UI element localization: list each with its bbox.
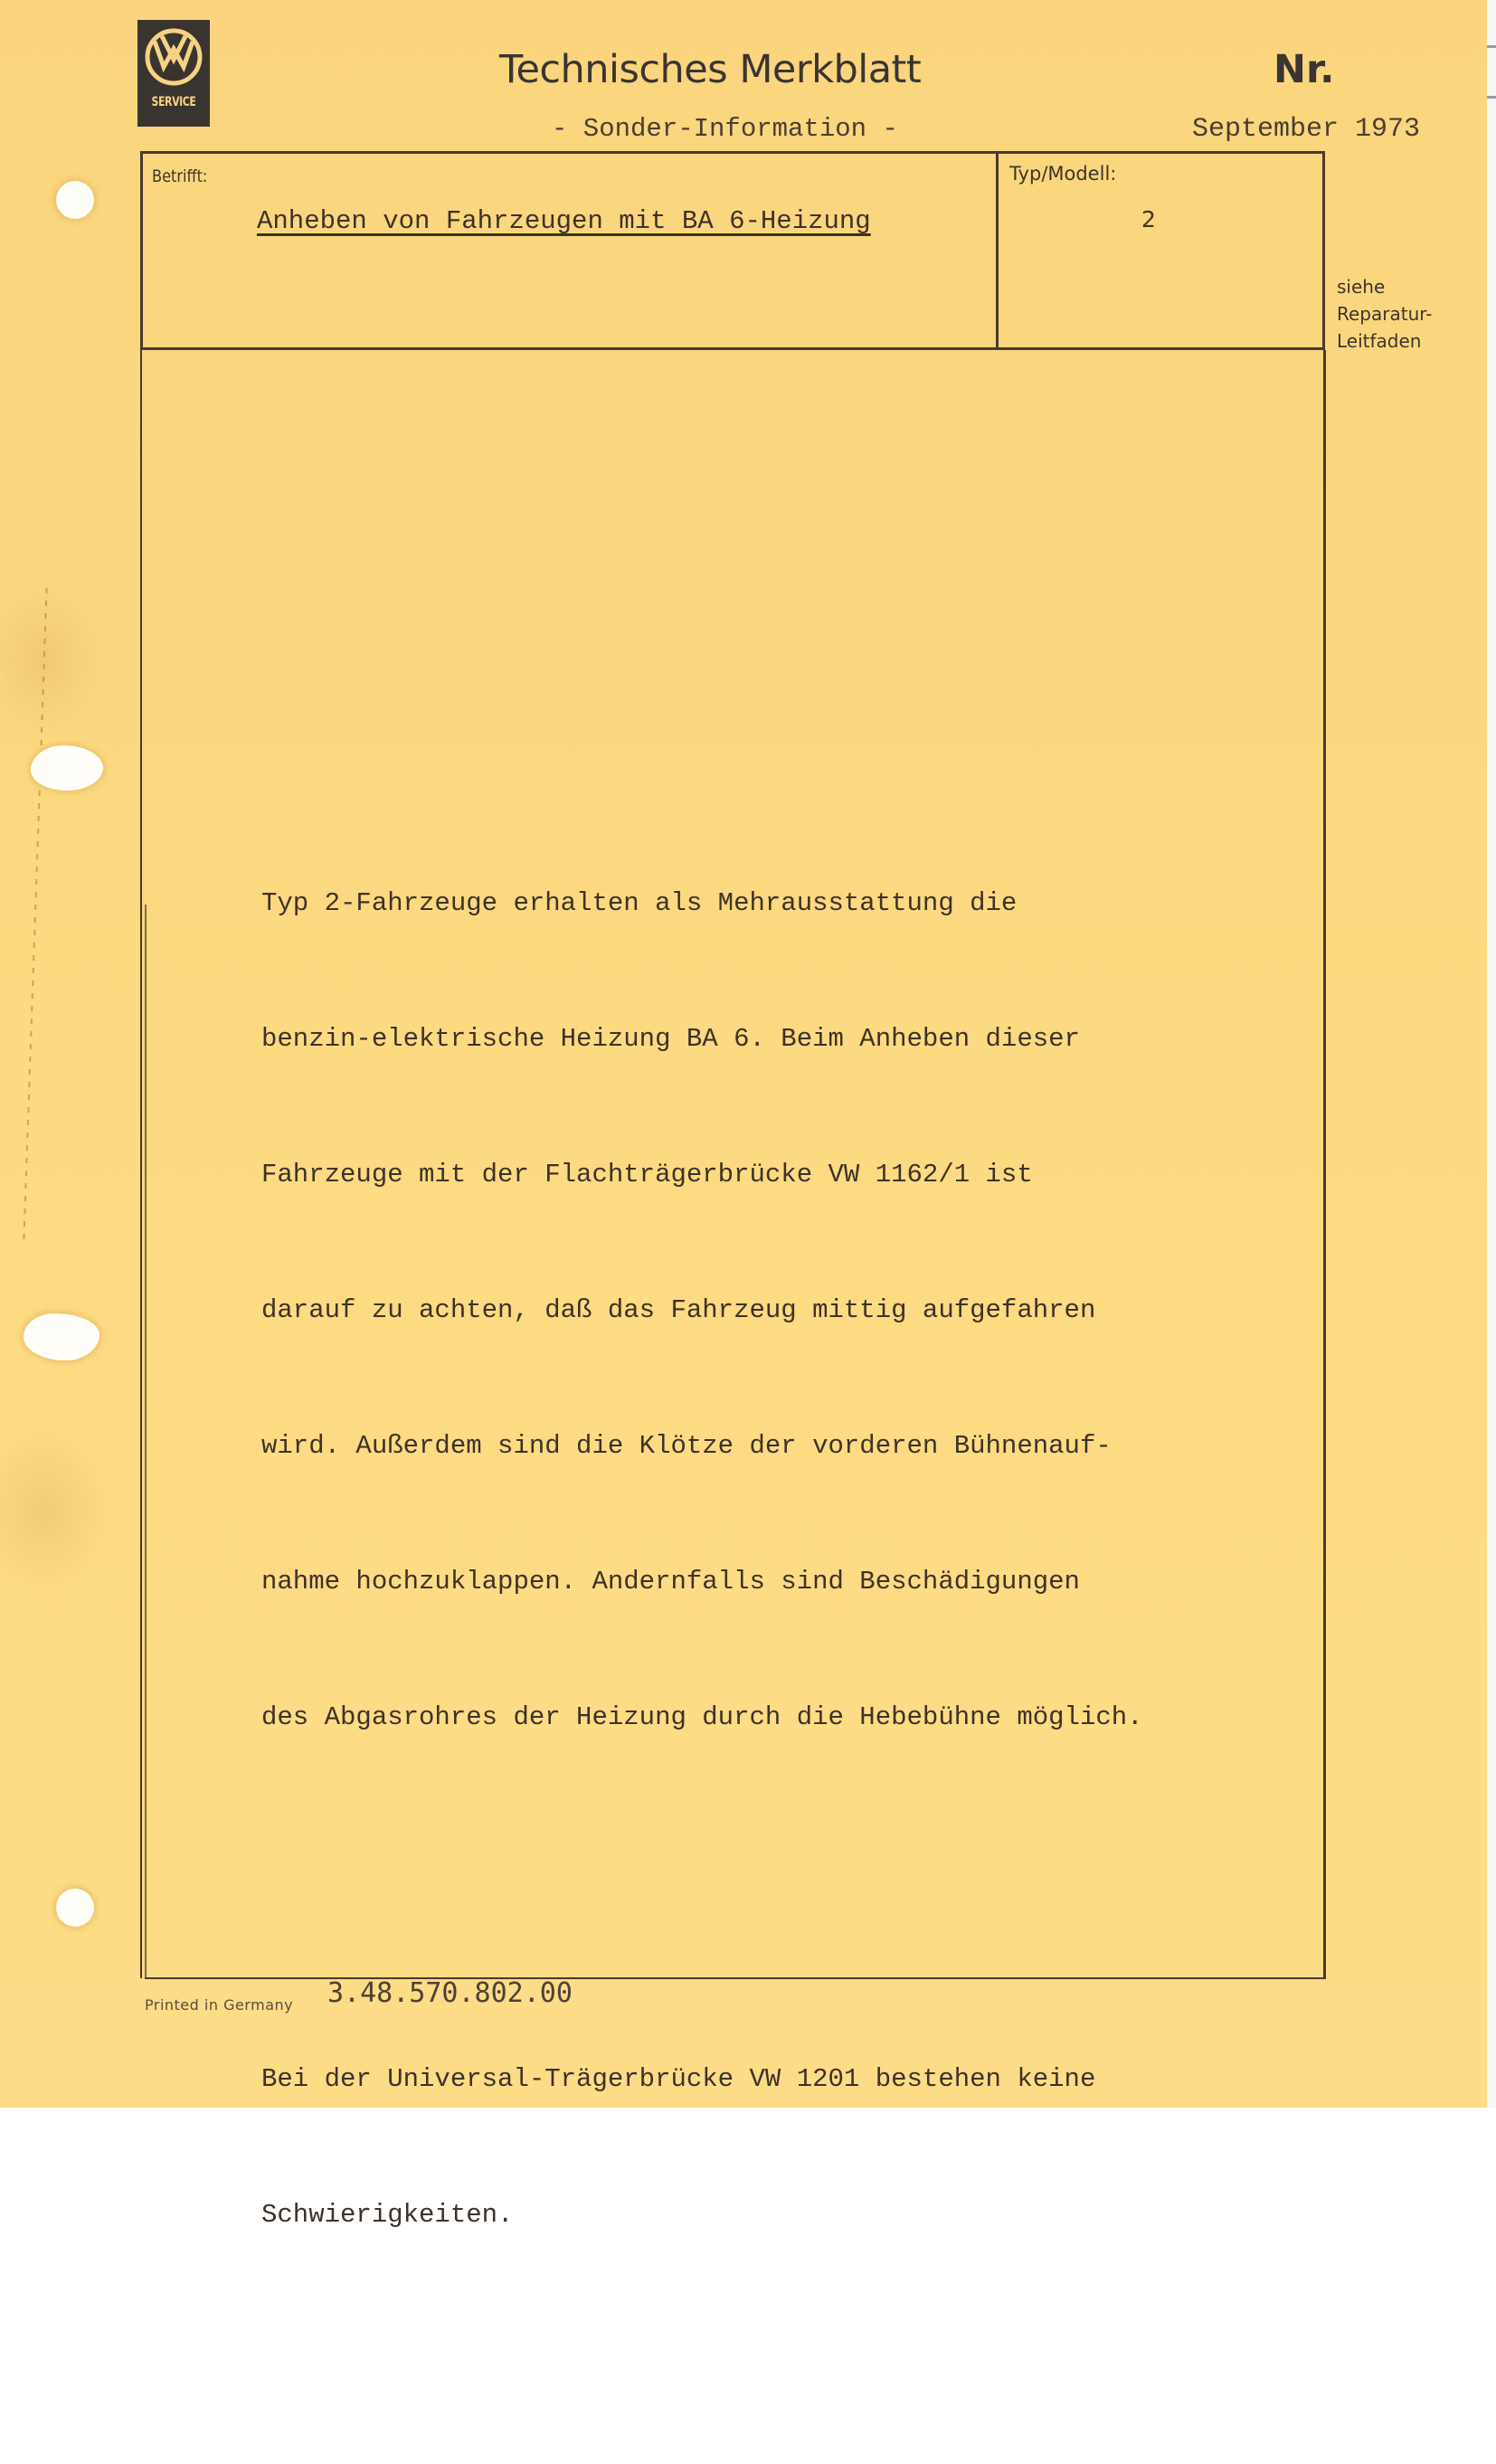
punch-hole-torn-lower <box>24 1313 99 1360</box>
paper-stain <box>0 579 109 742</box>
document-date: September 1973 <box>1192 114 1420 145</box>
punch-hole-top <box>56 181 94 219</box>
punch-hole-torn-upper <box>31 745 103 791</box>
betrifft-label: Betrifft: <box>152 166 207 186</box>
text-line: nahme hochzuklappen. Andernfalls sind Be… <box>261 1559 1302 1605</box>
punch-hole-bottom <box>56 1889 94 1927</box>
text-line: Fahrzeuge mit der Flachträgerbrücke VW 1… <box>261 1152 1302 1198</box>
scan-edge-bottom <box>0 2108 1496 2116</box>
side-note: siehe Reparatur- Leitfaden <box>1337 273 1432 355</box>
side-note-line: Reparatur- <box>1337 300 1432 327</box>
document-page: SERVICE Technisches Merkblatt Nr. - Sond… <box>0 0 1487 2108</box>
paper-stain <box>0 1429 109 1592</box>
body-border-left <box>140 350 142 1978</box>
text-line: Typ 2-Fahrzeuge erhalten als Mehrausstat… <box>261 881 1302 926</box>
text-line: benzin-elektrische Heizung BA 6. Beim An… <box>261 1017 1302 1062</box>
scan-edge <box>1487 0 1496 2116</box>
part-number: 3.48.570.802.00 <box>327 1977 573 2009</box>
vw-logo-icon <box>144 27 204 87</box>
body-border-right <box>1323 350 1326 1978</box>
text-line: darauf zu achten, daß das Fahrzeug mitti… <box>261 1288 1302 1333</box>
typ-modell-label: Typ/Modell: <box>1009 163 1116 185</box>
scan-mark <box>1487 96 1496 99</box>
scan-mark <box>1487 45 1496 48</box>
side-note-line: Leitfaden <box>1337 327 1432 355</box>
document-title: Technisches Merkblatt <box>499 47 921 92</box>
box-divider <box>996 154 999 350</box>
text-line: des Abgasrohres der Heizung durch die He… <box>261 1695 1302 1740</box>
text-line: Bei der Universal-Trägerbrücke VW 1201 b… <box>261 2057 1302 2102</box>
body-text: Typ 2-Fahrzeuge erhalten als Mehrausstat… <box>261 700 1302 2116</box>
vw-service-logo: SERVICE <box>137 20 210 127</box>
typ-modell-value: 2 <box>1141 206 1156 232</box>
document-subtitle: - Sonder-Information - <box>552 114 898 144</box>
side-note-line: siehe <box>1337 273 1432 300</box>
text-line: wird. Außerdem sind die Klötze der vorde… <box>261 1424 1302 1469</box>
logo-service-label: SERVICE <box>146 95 202 109</box>
subject-text: Anheben von Fahrzeugen mit BA 6-Heizung <box>257 206 871 236</box>
body-border-left-inner <box>145 905 147 1979</box>
paragraph: Typ 2-Fahrzeuge erhalten als Mehrausstat… <box>261 791 1302 1831</box>
printed-in-germany: Printed in Germany <box>145 1996 293 2014</box>
number-label: Nr. <box>1273 47 1334 92</box>
subject-box <box>140 151 1325 350</box>
